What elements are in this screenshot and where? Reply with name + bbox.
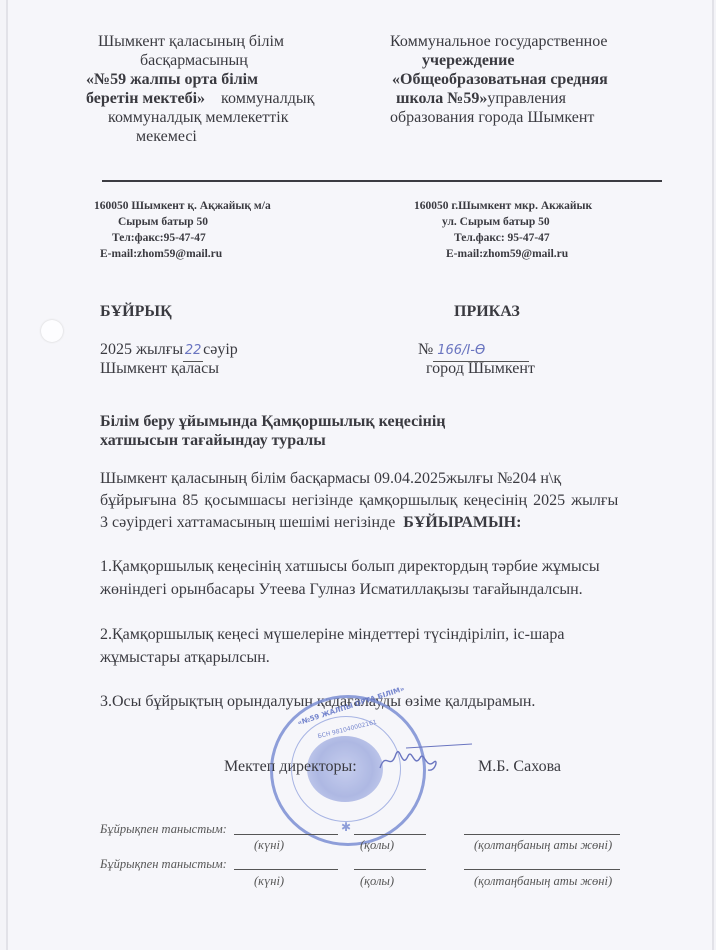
header-right-line1: Коммунальное государственное bbox=[390, 32, 608, 51]
header-left-line1: Шымкент қаласының білім bbox=[98, 32, 284, 51]
preamble-line1: Шымкент қаласының білім басқармасы 09.04… bbox=[100, 469, 561, 489]
ack-name-line-1[interactable] bbox=[464, 834, 620, 835]
header-left-line6: мекемесі bbox=[136, 127, 197, 146]
preamble-decree-word: БҰЙЫРАМЫН: bbox=[403, 514, 521, 531]
address-right-line4: E-mail:zhom59@mail.ru bbox=[446, 246, 568, 262]
header-right-line4: школа №59»управления bbox=[396, 89, 566, 108]
order-date-month: сәуір bbox=[203, 341, 238, 358]
address-left-line1: 160050 Шымкент қ. Ақжайық м/а bbox=[94, 198, 271, 214]
ack-name-line-2[interactable] bbox=[464, 869, 620, 870]
ack-sign-caption-2: (қолы) bbox=[360, 874, 394, 889]
item-1-line1: 1.Қамқоршылық кеңесінің хатшысы болып ди… bbox=[100, 557, 600, 577]
ack-date-caption-2: (күні) bbox=[254, 874, 284, 889]
ack-date-line-1[interactable] bbox=[234, 834, 338, 835]
header-right-line4-rest: управления bbox=[487, 90, 566, 107]
signature-role: Мектеп директоры: bbox=[224, 757, 357, 777]
item-1-line2: жөніндегі орынбасары Утеева Гулназ Исмат… bbox=[100, 580, 583, 600]
order-title-ru: ПРИКАЗ bbox=[454, 302, 520, 322]
ack-label-1: Бұйрықпен таныстым: bbox=[100, 822, 227, 837]
header-right-line4-bold: школа №59» bbox=[396, 90, 487, 107]
ack-date-line-2[interactable] bbox=[234, 869, 338, 870]
ack-sign-caption-1: (қолы) bbox=[360, 838, 394, 853]
subject-line1: Білім беру ұйымында Қамқоршылық кеңесіні… bbox=[100, 412, 446, 432]
handwritten-signature-icon bbox=[376, 740, 476, 780]
header-left-line4-rest: коммуналдық bbox=[221, 90, 314, 107]
order-date-prefix: 2025 жылғы bbox=[100, 341, 183, 358]
order-city-kz: Шымкент қаласы bbox=[100, 359, 219, 379]
item-2-line1: 2.Қамқоршылық кеңесі мүшелеріне міндетте… bbox=[100, 625, 565, 645]
header-left-line5: коммуналдық мемлекеттік bbox=[108, 108, 288, 127]
address-left-line4: E-mail:zhom59@mail.ru bbox=[100, 246, 222, 262]
subject-line2: хатшысын тағайындау туралы bbox=[100, 431, 326, 451]
item-2-line2: жұмыстары атқарылсын. bbox=[100, 648, 270, 668]
ack-sign-line-2[interactable] bbox=[354, 869, 426, 870]
ack-sign-line-1[interactable] bbox=[354, 834, 426, 835]
address-left-line2: Сырым батыр 50 bbox=[118, 214, 208, 230]
header-right-line2: учереждение bbox=[422, 51, 514, 70]
order-title-kz: БҰЙРЫҚ bbox=[100, 302, 172, 322]
header-divider bbox=[102, 180, 662, 182]
ack-name-caption-1: (қолтаңбаның аты жөні) bbox=[474, 838, 612, 853]
ack-name-caption-2: (қолтаңбаның аты жөні) bbox=[474, 874, 612, 889]
header-left-line3: «№59 жалпы орта білім bbox=[86, 70, 258, 89]
signature-name: М.Б. Сахова bbox=[478, 757, 561, 777]
order-number-label: № bbox=[418, 341, 433, 358]
ack-date-caption-1: (күні) bbox=[254, 838, 284, 853]
header-left-line4: беретін мектебі» коммуналдық bbox=[86, 89, 314, 108]
header-right-line3: «Общеобразоватьная средняя bbox=[392, 70, 608, 89]
preamble-line2: бұйрығына 85 қосымшасы негізінде қамқорш… bbox=[100, 491, 618, 511]
address-right-line1: 160050 г.Шымкент мкр. Акжайык bbox=[414, 198, 592, 214]
header-right-line5: образования города Шымкент bbox=[390, 108, 594, 127]
address-left-line3: Тел:факс:95-47-47 bbox=[112, 230, 206, 246]
preamble-line3-text: 3 сәуірдегі хаттамасының шешімі негізінд… bbox=[100, 514, 395, 531]
header-left-line4-bold: беретін мектебі» bbox=[86, 90, 205, 107]
punch-hole bbox=[41, 320, 63, 342]
address-right-line3: Тел.факс: 95-47-47 bbox=[454, 230, 550, 246]
address-right-line2: ул. Сырым батыр 50 bbox=[442, 214, 550, 230]
ack-label-2: Бұйрықпен таныстым: bbox=[100, 857, 227, 872]
star-icon: ✱ bbox=[341, 820, 351, 835]
document-page: Шымкент қаласының білім басқармасының «№… bbox=[6, 0, 714, 950]
preamble-line3: 3 сәуірдегі хаттамасының шешімі негізінд… bbox=[100, 513, 521, 533]
header-left-line2: басқармасының bbox=[140, 51, 248, 70]
order-city-ru: город Шымкент bbox=[426, 359, 535, 379]
